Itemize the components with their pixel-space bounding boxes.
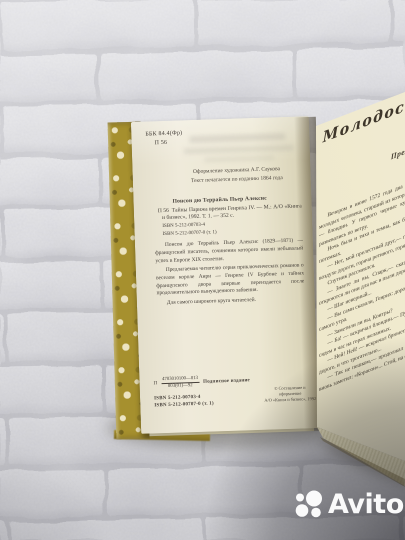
catalog-card: Понсон дю Террайль Пьер Алексис П 56 Тай… [133, 194, 315, 308]
imprint-note: Подписное издание [203, 377, 250, 386]
imprint-block: П 4703010100—013 003(01)—92 Подписное из… [153, 374, 250, 409]
annotation-1: Понсон дю Террайль Пьер Алексис (1829—18… [155, 238, 304, 266]
ink-showthrough [183, 129, 296, 167]
author-sign: П 56 [154, 138, 182, 148]
imprint-code-row: П 4703010100—013 003(01)—92 Подписное из… [153, 374, 250, 390]
avito-logo-icon [295, 490, 323, 519]
imprint-isbns: ISBN 5-212-00703-4 ISBN 5-212-00707-0 (т… [154, 392, 251, 409]
avito-watermark: Avito [295, 490, 404, 519]
imprint-denominator: 003(01)—92 [161, 383, 199, 390]
card-code: П 56 [148, 208, 169, 216]
imprint-fraction: 4703010100—013 003(01)—92 [161, 376, 199, 390]
copyright-page: ББК 84.4(Фр) П 56 Оформление художника А… [131, 116, 319, 434]
imprint-prefix: П [153, 380, 157, 387]
edition-notes: Оформление художника А.Г. Саукова Текст … [170, 164, 303, 187]
photo-open-book: ББК 84.4(Фр) П 56 Оформление художника А… [0, 0, 405, 540]
bbk-code: ББК 84.4(Фр) [145, 129, 182, 139]
annotation-2: Предлагаемая читателю серия приключенчес… [156, 263, 305, 299]
avito-wordmark: Avito [328, 491, 404, 518]
bbk-classification: ББК 84.4(Фр) П 56 [145, 129, 183, 148]
